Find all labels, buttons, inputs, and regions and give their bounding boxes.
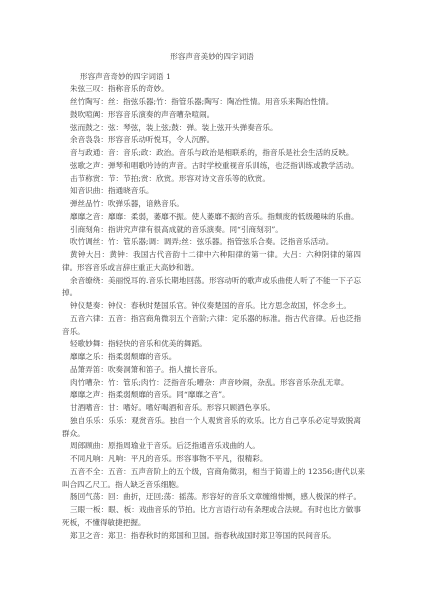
entry-line: 弦歌之声：弹琴和唱歌吟诗的声音。古时学校重视音乐训练，也泛指训练或教学活动。 bbox=[70, 160, 361, 173]
entry-definition: ：眼、板：戏曲音乐的节拍。比方言语行动有条理或合法规。有时也比方做事 bbox=[101, 505, 361, 514]
entry-term: 余音袅袅 bbox=[70, 135, 100, 144]
entry: 知音识曲：指通晓音乐。 bbox=[0, 185, 424, 198]
entry-line: 引商刻角：指讲究声律有很高成就的音乐演奏。同“引商刻羽”。 bbox=[70, 224, 361, 237]
entry: 不同凡响：凡响：平凡的音乐。形容事物不平凡，很精彩。 bbox=[0, 453, 424, 466]
entry-definition: ：吹奏洞箫和笛子。指人擅长音乐。 bbox=[100, 365, 222, 374]
entry: 品箫弄笛：吹奏洞箫和笛子。指人擅长音乐。 bbox=[0, 364, 424, 377]
entry-definition: ：弹琴和唱歌吟诗的声音。古时学校重视音乐训练，也泛指训练或教学活动。 bbox=[100, 161, 358, 170]
entry-definition: ：形容音乐动听悦耳，令人沉醉。 bbox=[100, 135, 214, 144]
entry-term: 五音不全 bbox=[70, 467, 100, 476]
entry-definition: ：指柔弱颓靡的音乐。 bbox=[100, 352, 176, 361]
entry-term: 三眼一板 bbox=[70, 505, 101, 514]
entry-definition: ：指柔弱颓靡的音乐。同“靡靡之音”。 bbox=[100, 390, 229, 399]
entry-line: 五音不全：五音：五声音阶上的五个级，宫商角徵羽，相当于简谱上的 12356;唐代… bbox=[70, 466, 361, 479]
entry-line: 丝竹陶写：丝：指弦乐器;竹：指管乐器;陶写：陶冶性情。用音乐来陶冶性情。 bbox=[70, 96, 361, 109]
entry-definition: ：指称音乐的奇妙。 bbox=[100, 84, 168, 93]
entry-term: 靡靡之乐 bbox=[70, 352, 100, 361]
entry-line: 钟仪楚奏：钟仪：春秋时楚国乐官。钟仪奏楚国的音乐。比方思念故国，怀念乡土。 bbox=[70, 300, 361, 313]
entry-term: 钟仪楚奏 bbox=[70, 301, 100, 310]
entry-line: 轻歌妙舞：指轻快的音乐和优美的舞蹈。 bbox=[70, 338, 361, 351]
entry-definition: ：乐乐：观赏音乐。独自一个人观赏音乐的欢乐。比方自己享乐必定导致脱离 bbox=[101, 416, 361, 425]
entry-term: 独自乐乐 bbox=[70, 416, 101, 425]
entry: 引商刻角：指讲究声律有很高成就的音乐演奏。同“引商刻羽”。 bbox=[0, 224, 424, 237]
entry-definition: ：五音：指宫商角微羽五个音阶;六律：定乐器的标准。指古代音律。后也泛指 bbox=[100, 314, 361, 323]
entry-line: 击节称赏：节：节拍;赏：欣赏。形容对诗文音乐等的欣赏。 bbox=[70, 173, 361, 186]
entry-term: 击节称赏 bbox=[70, 174, 100, 183]
entry: 鼓吹喧阗：形容音乐演奏的声音嘈杂喧闹。 bbox=[0, 109, 424, 122]
entry: 甘酒嗜音：甘：嗜好。嗜好喝酒和音乐。形容只顾酒色享乐。 bbox=[0, 402, 424, 415]
entry-definition: ：弦：琴弦，装上弦;鼓：弹。装上弦开头弹奏音乐。 bbox=[100, 123, 277, 132]
entry-line: 余音缭绕：美丽悦耳的.音乐长期地回荡。形容动听的歌声或乐曲使人听了不能一下子忘 bbox=[70, 275, 361, 288]
entry-term: 知音识曲 bbox=[70, 186, 100, 195]
entry: 靡靡之声：指柔弱颓靡的音乐。同“靡靡之音”。 bbox=[0, 389, 424, 402]
entry-line-continued: 死板，不懂得敏捷把握。 bbox=[62, 517, 361, 530]
entry-term: 靡靡之声 bbox=[70, 390, 100, 399]
entry-line-continued: 律。形容音乐或言辞庄重正大高妙和谐。 bbox=[62, 262, 361, 275]
entry-line: 五音六律：五音：指宫商角微羽五个音阶;六律：定乐器的标准。指古代音律。后也泛指 bbox=[70, 313, 361, 326]
entry: 靡靡之乐：指柔弱颓靡的音乐。 bbox=[0, 351, 424, 364]
entry-line: 靡靡之声：指柔弱颓靡的音乐。同“靡靡之音”。 bbox=[70, 389, 361, 402]
entry-line: 朱弦三叹：指称音乐的奇妙。 bbox=[70, 83, 361, 96]
entry-term: 弦而鼓之 bbox=[70, 123, 100, 132]
entry-line: 周郎顾曲：原指周瑜业于音乐。后泛指通音乐戏曲的人。 bbox=[70, 440, 361, 453]
entry-line: 靡靡之乐：指柔弱颓靡的音乐。 bbox=[70, 351, 361, 364]
entry-term: 黄钟大吕 bbox=[70, 250, 102, 259]
entry-line: 余音袅袅：形容音乐动听悦耳，令人沉醉。 bbox=[70, 134, 361, 147]
entry-definition: ：丝：指弦乐器;竹：指管乐器;陶写：陶冶性情。用音乐来陶冶性情。 bbox=[100, 97, 333, 106]
entry-term: 肠回气荡 bbox=[70, 492, 100, 501]
entry-definition: ：靡靡：柔弱，萎靡不振。使人萎靡不振的音乐。指颓废的低级趣味的乐曲。 bbox=[100, 212, 358, 221]
entry-line: 靡靡之音：靡靡：柔弱，萎靡不振。使人萎靡不振的音乐。指颓废的低级趣味的乐曲。 bbox=[70, 211, 361, 224]
entry: 弦歌之声：弹琴和唱歌吟诗的声音。古时学校重视音乐训练，也泛指训练或教学活动。 bbox=[0, 160, 424, 173]
entry-term: 肉竹嘈杂 bbox=[70, 378, 100, 387]
entry-definition: ：郑卫：指春秋时的郑国和卫国。指春秋战国时郑卫等国的民间音乐。 bbox=[100, 531, 335, 540]
entry-line: 肉竹嘈杂：竹：管乐;肉竹：泛指音乐;嘈杂：声音吵闹，杂乱。形容音乐杂乱无章。 bbox=[70, 377, 361, 390]
entry-definition: ：原指周瑜业于音乐。后泛指通音乐戏曲的人。 bbox=[100, 441, 259, 450]
entry: 音与政通：音：音乐;政：政治。音乐与政治是相联系的，指音乐是社会生活的反映。 bbox=[0, 147, 424, 160]
entry: 击节称赏：节：节拍;赏：欣赏。形容对诗文音乐等的欣赏。 bbox=[0, 173, 424, 186]
entry-line: 鼓吹喧阗：形容音乐演奏的声音嘈杂喧闹。 bbox=[70, 109, 361, 122]
entry-line: 独自乐乐：乐乐：观赏音乐。独自一个人观赏音乐的欢乐。比方自己享乐必定导致脱离 bbox=[70, 415, 361, 428]
entry-definition: ：形容音乐演奏的声音嘈杂喧闹。 bbox=[100, 110, 214, 119]
document-title: 形容声音美妙的四字词语 bbox=[0, 51, 424, 64]
entry-line: 知音识曲：指通晓音乐。 bbox=[70, 185, 361, 198]
entry: 丝竹陶写：丝：指弦乐器;竹：指管乐器;陶写：陶冶性情。用音乐来陶冶性情。 bbox=[0, 96, 424, 109]
entry-term: 丝竹陶写 bbox=[70, 97, 100, 106]
entry-line: 甘酒嗜音：甘：嗜好。嗜好喝酒和音乐。形容只顾酒色享乐。 bbox=[70, 402, 361, 415]
entry-term: 朱弦三叹 bbox=[70, 84, 100, 93]
entry-line: 郑卫之音：郑卫：指春秋时的郑国和卫国。指春秋战国时郑卫等国的民间音乐。 bbox=[70, 530, 361, 543]
entry-definition: ：凡响：平凡的音乐。形容事物不平凡，很精彩。 bbox=[100, 454, 267, 463]
entry-definition: ：指轻快的音乐和优美的舞蹈。 bbox=[100, 339, 206, 348]
entry: 钟仪楚奏：钟仪：春秋时楚国乐官。钟仪奏楚国的音乐。比方思念故国，怀念乡土。 bbox=[0, 300, 424, 313]
entry-line-continued: 叫合四乙尺工。指人缺乏音乐细胞。 bbox=[62, 479, 361, 492]
entry-line: 三眼一板：眼、板：戏曲音乐的节拍。比方言语行动有条理或合法规。有时也比方做事 bbox=[70, 504, 361, 517]
document-page: 形容声音美妙的四字词语 形容声音奇妙的四字词语 1 朱弦三叹：指称音乐的奇妙。 … bbox=[0, 0, 424, 600]
entry-term: 五音六律 bbox=[70, 314, 100, 323]
entry-line: 弦而鼓之：弦：琴弦，装上弦;鼓：弹。装上弦开头弹奏音乐。 bbox=[70, 122, 361, 135]
entry-definition: ：指通晓音乐。 bbox=[100, 186, 153, 195]
entry-definition: ：钟仪：春秋时楚国乐官。钟仪奏楚国的音乐。比方思念故国，怀念乡土。 bbox=[100, 301, 351, 310]
entry-line: 品箫弄笛：吹奏洞箫和笛子。指人擅长音乐。 bbox=[70, 364, 361, 377]
document-body: 形容声音奇妙的四字词语 1 朱弦三叹：指称音乐的奇妙。 丝竹陶写：丝：指弦乐器;… bbox=[0, 71, 424, 543]
entry: 靡靡之音：靡靡：柔弱，萎靡不振。使人萎靡不振的音乐。指颓废的低级趣味的乐曲。 bbox=[0, 211, 424, 224]
entry: 余音缭绕：美丽悦耳的.音乐长期地回荡。形容动听的歌声或乐曲使人听了不能一下子忘 … bbox=[0, 275, 424, 301]
entry: 五音六律：五音：指宫商角微羽五个音阶;六律：定乐器的标准。指古代音律。后也泛指 … bbox=[0, 313, 424, 339]
entry-line-continued: 群众。 bbox=[62, 428, 361, 441]
entry-term: 弹丝品竹 bbox=[70, 199, 100, 208]
entry: 吹竹调丝：竹：管乐器;调：调弄;丝：弦乐器。指管弦乐合奏。泛指音乐活动。 bbox=[0, 236, 424, 249]
entry: 独自乐乐：乐乐：观赏音乐。独自一个人观赏音乐的欢乐。比方自己享乐必定导致脱离 群… bbox=[0, 415, 424, 441]
entry-definition: ：黄钟：我国古代音韵十二律中六种阳律的第一律。大吕：六种阴律的第四 bbox=[102, 250, 362, 259]
entry: 肉竹嘈杂：竹：管乐;肉竹：泛指音乐;嘈杂：声音吵闹，杂乱。形容音乐杂乱无章。 bbox=[0, 377, 424, 390]
entry-term: 音与政通 bbox=[70, 148, 100, 157]
entry-line-continued: 掉。 bbox=[62, 287, 361, 300]
entry-term: 轻歌妙舞 bbox=[70, 339, 100, 348]
entry-term: 品箫弄笛 bbox=[70, 365, 100, 374]
entry: 周郎顾曲：原指周瑜业于音乐。后泛指通音乐戏曲的人。 bbox=[0, 440, 424, 453]
entry-line: 弹丝品竹：吹弹乐器，谙熟音乐。 bbox=[70, 198, 361, 211]
entry-definition: ：指讲究声律有很高成就的音乐演奏。同“引商刻羽”。 bbox=[100, 225, 282, 234]
entry-term: 弦歌之声 bbox=[70, 161, 100, 170]
entry: 弹丝品竹：吹弹乐器，谙熟音乐。 bbox=[0, 198, 424, 211]
entry-definition: ：音：音乐;政：政治。音乐与政治是相联系的，指音乐是社会生活的反映。 bbox=[100, 148, 353, 157]
entry-line: 吹竹调丝：竹：管乐器;调：调弄;丝：弦乐器。指管弦乐合奏。泛指音乐活动。 bbox=[70, 236, 361, 249]
entry-term: 余音缭绕 bbox=[70, 276, 100, 285]
entry-term: 甘酒嗜音 bbox=[70, 403, 100, 412]
entry-definition: ：甘：嗜好。嗜好喝酒和音乐。形容只顾酒色享乐。 bbox=[100, 403, 275, 412]
entry-definition: ：美丽悦耳的.音乐长期地回荡。形容动听的歌声或乐曲使人听了不能一下子忘 bbox=[100, 276, 361, 285]
entry-definition: ：吹弹乐器，谙熟音乐。 bbox=[100, 199, 184, 208]
entry: 弦而鼓之：弦：琴弦，装上弦;鼓：弹。装上弦开头弹奏音乐。 bbox=[0, 122, 424, 135]
entry-term: 郑卫之音 bbox=[70, 531, 100, 540]
entry: 三眼一板：眼、板：戏曲音乐的节拍。比方言语行动有条理或合法规。有时也比方做事 死… bbox=[0, 504, 424, 530]
entry: 郑卫之音：郑卫：指春秋时的郑国和卫国。指春秋战国时郑卫等国的民间音乐。 bbox=[0, 530, 424, 543]
entry-term: 周郎顾曲 bbox=[70, 441, 100, 450]
entry-line: 肠回气荡：回：曲折，迂回;荡：摇荡。形容好的音乐文章缠绵悱恻，感人极深的样子。 bbox=[70, 491, 361, 504]
entry: 余音袅袅：形容音乐动听悦耳，令人沉醉。 bbox=[0, 134, 424, 147]
entry: 五音不全：五音：五声音阶上的五个级，宫商角徵羽，相当于简谱上的 12356;唐代… bbox=[0, 466, 424, 492]
entry-line-continued: 音乐。 bbox=[62, 326, 361, 339]
entry-definition: ：竹：管乐;肉竹：泛指音乐;嘈杂：声音吵闹，杂乱。形容音乐杂乱无章。 bbox=[100, 378, 348, 387]
entry-term: 引商刻角 bbox=[70, 225, 100, 234]
entry-line: 不同凡响：凡响：平凡的音乐。形容事物不平凡，很精彩。 bbox=[70, 453, 361, 466]
entry-term: 靡靡之音 bbox=[70, 212, 100, 221]
entry-line: 黄钟大吕：黄钟：我国古代音韵十二律中六种阳律的第一律。大吕：六种阴律的第四 bbox=[70, 249, 361, 262]
entry: 黄钟大吕：黄钟：我国古代音韵十二律中六种阳律的第一律。大吕：六种阴律的第四 律。… bbox=[0, 249, 424, 275]
section-heading: 形容声音奇妙的四字词语 1 bbox=[80, 71, 424, 84]
entry-line: 音与政通：音：音乐;政：政治。音乐与政治是相联系的，指音乐是社会生活的反映。 bbox=[70, 147, 361, 160]
entry-definition: ：竹：管乐器;调：调弄;丝：弦乐器。指管弦乐合奏。泛指音乐活动。 bbox=[100, 237, 333, 246]
entry: 轻歌妙舞：指轻快的音乐和优美的舞蹈。 bbox=[0, 338, 424, 351]
entry-definition: ：节：节拍;赏：欣赏。形容对诗文音乐等的欣赏。 bbox=[100, 174, 270, 183]
entry-term: 鼓吹喧阗 bbox=[70, 110, 100, 119]
entry: 朱弦三叹：指称音乐的奇妙。 bbox=[0, 83, 424, 96]
entry-definition: ：五音：五声音阶上的五个级，宫商角徵羽，相当于简谱上的 12356;唐代以来 bbox=[100, 467, 365, 476]
entry-term: 不同凡响 bbox=[70, 454, 100, 463]
entry: 肠回气荡：回：曲折，迂回;荡：摇荡。形容好的音乐文章缠绵悱恻，感人极深的样子。 bbox=[0, 491, 424, 504]
entry-term: 吹竹调丝 bbox=[70, 237, 100, 246]
entry-definition: ：回：曲折，迂回;荡：摇荡。形容好的音乐文章缠绵悱恻，感人极深的样子。 bbox=[100, 492, 361, 501]
